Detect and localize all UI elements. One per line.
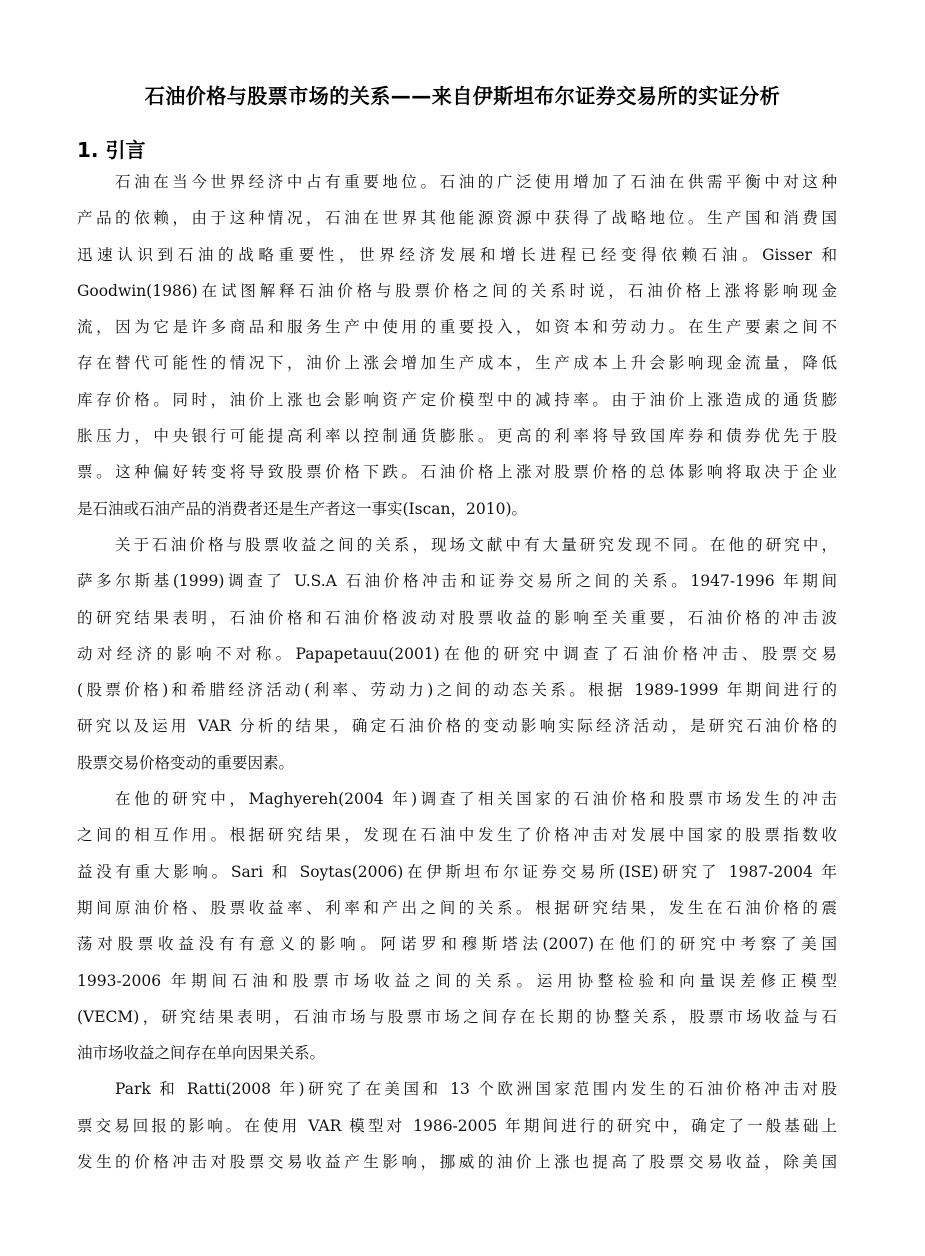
text-line: 动对经济的影响不对称。Papapetauu(2001)在他的研究中调查了石油价格… bbox=[77, 636, 837, 672]
text-line: 研究以及运用 VAR 分析的结果，确定石油价格的变动影响实际经济活动，是研究石油… bbox=[77, 708, 837, 744]
text-line: 萨多尔斯基(1999)调查了 U.S.A 石油价格冲击和证券交易所之间的关系。1… bbox=[77, 563, 837, 599]
text-line: 的研究结果表明，石油价格和石油价格波动对股票收益的影响至关重要，石油价格的冲击波 bbox=[77, 600, 837, 636]
text-line: 产品的依赖，由于这种情况，石油在世界其他能源资源中获得了战略地位。生产国和消费国 bbox=[77, 200, 837, 236]
text-line: 之间的相互作用。根据研究结果，发现在石油中发生了价格冲击对发展中国家的股票指数收 bbox=[77, 817, 837, 853]
text-line: 票交易回报的影响。在使用 VAR 模型对 1986-2005 年期间进行的研究中… bbox=[77, 1108, 837, 1144]
text-line: (股票价格)和希腊经济活动(利率、劳动力)之间的动态关系。根据 1989-199… bbox=[77, 672, 837, 708]
paragraph-2: 关于石油价格与股票收益之间的关系，现场文献中有大量研究发现不同。在他的研究中， … bbox=[77, 527, 837, 781]
text-line: 迅速认识到石油的战略重要性，世界经济发展和增长进程已经变得依赖石油。Gisser… bbox=[77, 237, 837, 273]
document-title: 石油价格与股票市场的关系——来自伊斯坦布尔证券交易所的实证分析 bbox=[0, 82, 925, 110]
text-line: 胀压力，中央银行可能提高利率以控制通货膨胀。更高的利率将导致国库券和债券优先于股 bbox=[77, 418, 837, 454]
text-line: Goodwin(1986)在试图解释石油价格与股票价格之间的关系时说，石油价格上… bbox=[77, 273, 837, 309]
text-line: 流，因为它是许多商品和服务生产中使用的重要投入，如资本和劳动力。在生产要素之间不 bbox=[77, 309, 837, 345]
text-line: 库存价格。同时，油价上涨也会影响资产定价模型中的减持率。由于油价上涨造成的通货膨 bbox=[77, 382, 837, 418]
section-heading: 1. 引言 bbox=[77, 136, 145, 164]
text-line: 存在替代可能性的情况下，油价上涨会增加生产成本，生产成本上升会影响现金流量，降低 bbox=[77, 345, 837, 381]
text-line: 期间原油价格、股票收益率、利率和产出之间的关系。根据研究结果，发生在石油价格的震 bbox=[77, 890, 837, 926]
text-line: (VECM)，研究结果表明，石油市场与股票市场之间存在长期的协整关系，股票市场收… bbox=[77, 999, 837, 1035]
text-line: 股票交易价格变动的重要因素。 bbox=[77, 745, 837, 781]
text-line: 票。这种偏好转变将导致股票价格下跌。石油价格上涨对股票价格的总体影响将取决于企业 bbox=[77, 454, 837, 490]
paragraph-4: Park 和 Ratti(2008 年)研究了在美国和 13 个欧洲国家范围内发… bbox=[77, 1071, 837, 1180]
text-line: 发生的价格冲击对股票交易收益产生影响，挪威的油价上涨也提高了股票交易收益，除美国 bbox=[77, 1144, 837, 1180]
text-line: 石油在当今世界经济中占有重要地位。石油的广泛使用增加了石油在供需平衡中对这种 bbox=[77, 164, 837, 200]
text-line: 1993-2006 年期间石油和股票市场收益之间的关系。运用协整检验和向量误差修… bbox=[77, 963, 837, 999]
text-line: 荡对股票收益没有有意义的影响。阿诺罗和穆斯塔法(2007)在他们的研究中考察了美… bbox=[77, 926, 837, 962]
text-line: 益没有重大影响。Sari 和 Soytas(2006)在伊斯坦布尔证券交易所(I… bbox=[77, 854, 837, 890]
text-line: 在他的研究中，Maghyereh(2004 年)调查了相关国家的石油价格和股票市… bbox=[77, 781, 837, 817]
text-line: 是石油或石油产品的消费者还是生产者这一事实(Iscan，2010)。 bbox=[77, 491, 837, 527]
text-line: Park 和 Ratti(2008 年)研究了在美国和 13 个欧洲国家范围内发… bbox=[77, 1071, 837, 1107]
document-page: 石油价格与股票市场的关系——来自伊斯坦布尔证券交易所的实证分析 1. 引言 石油… bbox=[0, 0, 925, 1256]
document-body: 石油在当今世界经济中占有重要地位。石油的广泛使用增加了石油在供需平衡中对这种 产… bbox=[77, 164, 837, 1180]
text-line: 关于石油价格与股票收益之间的关系，现场文献中有大量研究发现不同。在他的研究中， bbox=[77, 527, 837, 563]
paragraph-1: 石油在当今世界经济中占有重要地位。石油的广泛使用增加了石油在供需平衡中对这种 产… bbox=[77, 164, 837, 527]
paragraph-3: 在他的研究中，Maghyereh(2004 年)调查了相关国家的石油价格和股票市… bbox=[77, 781, 837, 1071]
text-line: 油市场收益之间存在单向因果关系。 bbox=[77, 1035, 837, 1071]
